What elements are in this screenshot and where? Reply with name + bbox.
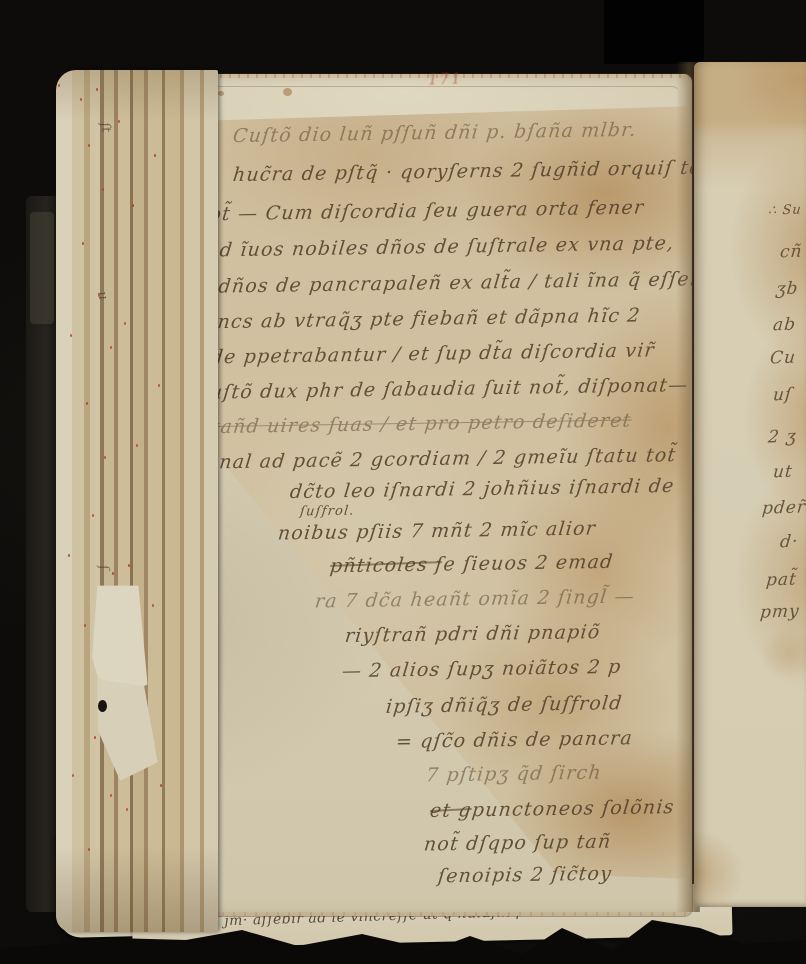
text-line: 7 pſtipʒ q̃d ſirch <box>425 762 603 787</box>
brown-spot <box>218 91 224 96</box>
red-folio-number: 171 <box>428 69 463 88</box>
text-line-start: cñ <box>779 242 803 263</box>
text-line: ipſiʒ dñiq̃ʒ de ſuſfrold <box>385 692 624 718</box>
text-line-start: ab <box>772 315 797 336</box>
right-page-sliver: ∴ Su cñ ʒb ab Cu uſ 2 ʒ ut pder̃ d· pat̃… <box>694 62 806 907</box>
text-line-start: Cu <box>769 348 797 369</box>
text-line-start: ut <box>772 462 794 483</box>
text-line: not̃ dſqpo ſup tañ <box>423 831 613 856</box>
text-line-start: ∴ Su <box>767 202 802 218</box>
red-edge-speckles <box>58 84 60 87</box>
text-line-start: pat̃ <box>765 569 798 590</box>
background-notch <box>604 0 704 64</box>
text-line: ſuſfrol. <box>299 504 355 520</box>
text-line: — 2 alios ſupʒ noiãtos 2 p <box>341 656 623 682</box>
text-line: ſenoipis 2 ſic̃toy <box>437 863 613 888</box>
text-line-start: pmy <box>759 601 800 622</box>
text-line: = qſc̃o dñis de pancra <box>395 727 634 753</box>
text-line-start: uſ <box>772 385 793 406</box>
text-line-start: d· <box>779 532 799 553</box>
fore-edge-leaf-stack <box>56 70 218 932</box>
text-line-start: ʒb <box>775 279 799 300</box>
brown-spot <box>283 88 292 96</box>
text-line-start: 2 ʒ <box>767 426 798 447</box>
text-line: riyſtrañ pdri dñi pnapiõ <box>344 621 602 647</box>
text-line-start: pder̃ <box>761 497 806 519</box>
wormhole <box>98 700 107 712</box>
binding-board-highlight <box>30 212 54 324</box>
manuscript-photo: ſ duſ jm̃· aſſebir ad le vincreſſe ut q̃… <box>0 0 806 964</box>
